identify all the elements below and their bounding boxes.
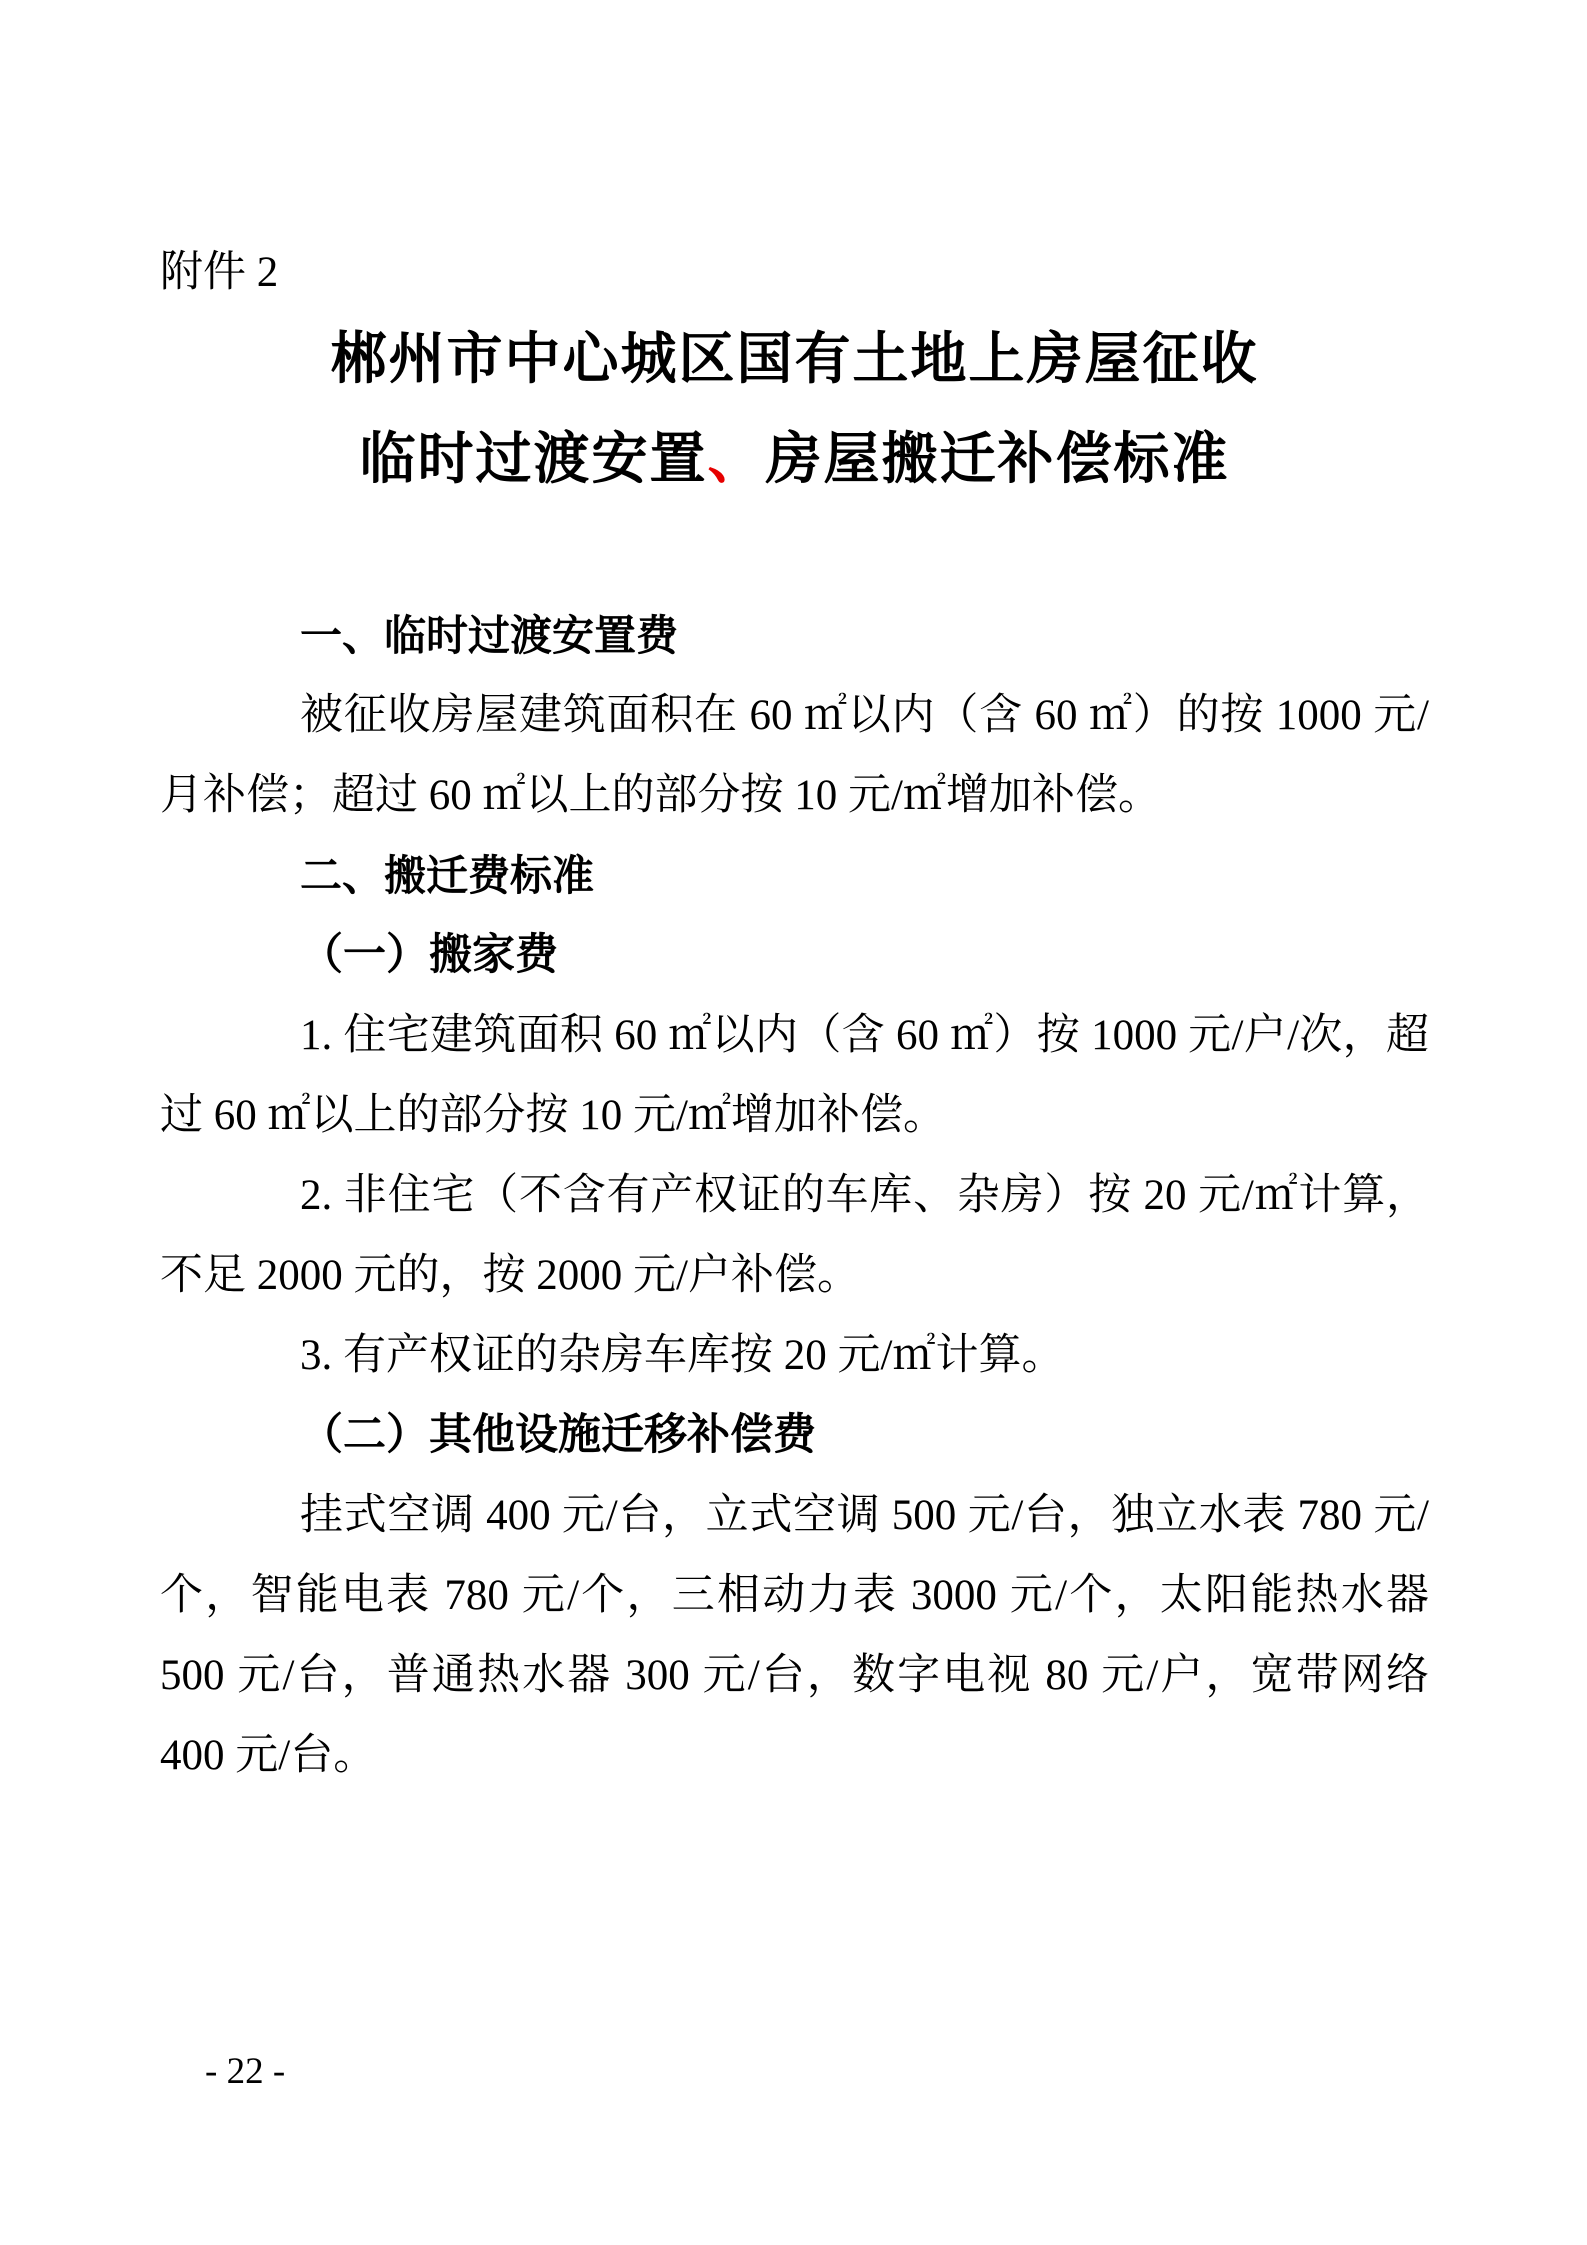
subsection-1-item-3: 3. 有产权证的杂房车库按 20 元/㎡计算。 bbox=[160, 1316, 1429, 1396]
document-title-line2: 临时过渡安置、房屋搬迁补偿标准 bbox=[160, 410, 1429, 510]
document-page: 附件 2 郴州市中心城区国有土地上房屋征收 临时过渡安置、房屋搬迁补偿标准 一、… bbox=[0, 0, 1587, 2245]
section-1-paragraph: 被征收房屋建筑面积在 60 ㎡以内（含 60 ㎡）的按 1000 元/月补偿；超… bbox=[160, 676, 1429, 836]
section-1-heading: 一、临时过渡安置费 bbox=[160, 596, 1429, 676]
document-content: 附件 2 郴州市中心城区国有土地上房屋征收 临时过渡安置、房屋搬迁补偿标准 一、… bbox=[0, 0, 1587, 1796]
document-title: 郴州市中心城区国有土地上房屋征收 临时过渡安置、房屋搬迁补偿标准 bbox=[160, 310, 1429, 510]
document-title-line1: 郴州市中心城区国有土地上房屋征收 bbox=[160, 310, 1429, 410]
document-body: 一、临时过渡安置费 被征收房屋建筑面积在 60 ㎡以内（含 60 ㎡）的按 10… bbox=[160, 596, 1429, 1796]
page-number: - 22 - bbox=[205, 2050, 285, 2094]
subsection-1-heading: （一）搬家费 bbox=[160, 916, 1429, 996]
section-2-heading: 二、搬迁费标准 bbox=[160, 836, 1429, 916]
subsection-1-item-2: 2. 非住宅（不含有产权证的车库、杂房）按 20 元/㎡计算，不足 2000 元… bbox=[160, 1156, 1429, 1316]
subsection-2-paragraph: 挂式空调 400 元/台，立式空调 500 元/台，独立水表 780 元/个，智… bbox=[160, 1476, 1429, 1796]
title-line2-text-before: 临时过渡安置 bbox=[360, 429, 708, 491]
subsection-1-item-1: 1. 住宅建筑面积 60 ㎡以内（含 60 ㎡）按 1000 元/户/次，超过 … bbox=[160, 996, 1429, 1156]
subsection-2-heading: （二）其他设施迁移补偿费 bbox=[160, 1396, 1429, 1476]
red-caesura-mark: 、 bbox=[708, 429, 766, 491]
title-line2-text-after: 房屋搬迁补偿标准 bbox=[766, 429, 1230, 491]
attachment-label: 附件 2 bbox=[160, 248, 1429, 298]
